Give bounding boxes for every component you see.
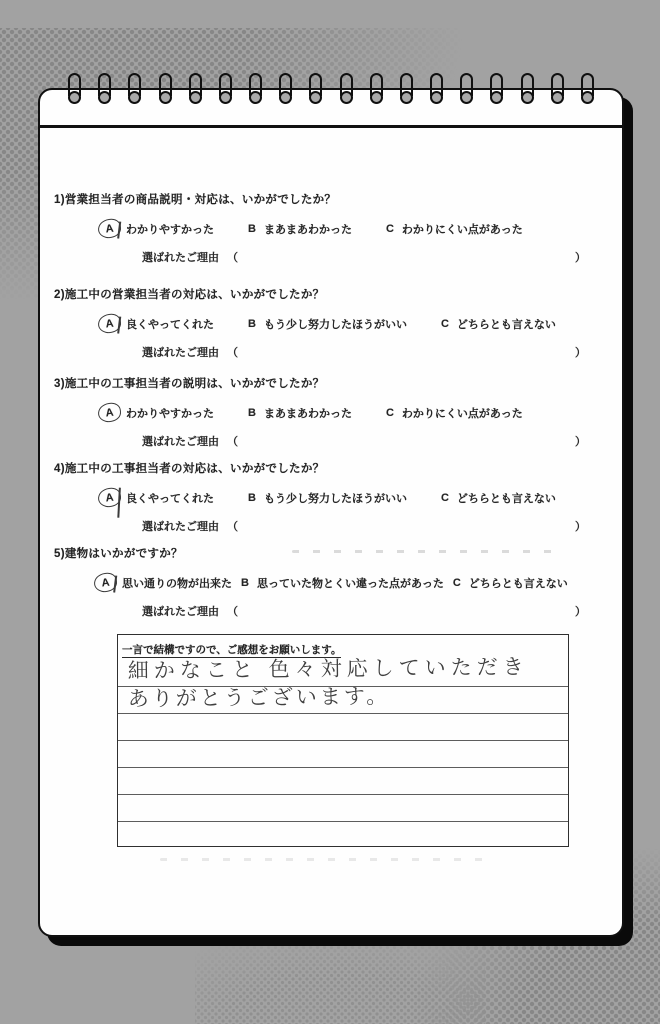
question-title: 4)施工中の工事担当者の対応は、いかがでしたか？ [54, 460, 610, 476]
option-text: 良くやってくれた [126, 490, 214, 506]
binding-ring [189, 73, 202, 121]
circled-answer-mark: A [97, 218, 122, 240]
ring-hole [128, 91, 141, 104]
question-options: A思い通りの物が出来た B思っていた物とくい違った点があった Cどちらとも言えな… [94, 573, 610, 592]
scanned-survey-page: { "notepad": { "binding_ring_count": 18 … [0, 0, 660, 1024]
option-text: どちらとも言えない [457, 490, 556, 506]
option-b: Bもう少し努力したほうがいい [248, 316, 407, 332]
notepad: 1)営業担当者の商品説明・対応は、いかがでしたか？ Aわかりやすかった Bまあま… [38, 88, 624, 937]
option-text: まあまあわかった [264, 405, 352, 421]
reason-label: 選ばれたご理由 [142, 518, 219, 534]
binding-ring [219, 73, 232, 121]
option-text: 思っていた物とくい違った点があった [257, 575, 444, 591]
reason-label: 選ばれたご理由 [142, 433, 219, 449]
option-letter: C [386, 407, 394, 419]
question-title: 2)施工中の営業担当者の対応は、いかがでしたか？ [54, 286, 610, 302]
comment-line-1: 細かなこと 色々対応していただき [118, 659, 568, 686]
question-text: 施工中の工事担当者の説明は、いかがでしたか？ [65, 378, 325, 390]
binding-ring [581, 73, 594, 121]
option-b: Bまあまあわかった [248, 405, 352, 421]
scan-smudge [292, 550, 564, 553]
question-2: 2)施工中の営業担当者の対応は、いかがでしたか？ A良くやってくれた Bもう少し… [54, 286, 610, 360]
comment-line-empty [118, 767, 568, 794]
option-b: Bまあまあわかった [248, 221, 352, 237]
bracket-close: ） [575, 433, 586, 449]
reason-line: 選ばれたご理由（） [142, 603, 586, 619]
reason-line: 選ばれたご理由（） [142, 518, 586, 534]
comment-prompt: 一言で結構ですので、ご感想をお願いします。 [122, 642, 341, 658]
question-number: 4) [54, 463, 65, 475]
comment-line-empty [118, 821, 568, 848]
ring-hole [370, 91, 383, 104]
ring-hole [68, 91, 81, 104]
question-options: Aわかりやすかった Bまあまあわかった Cわかりにくい点があった [98, 219, 610, 238]
bracket-close: ） [575, 603, 586, 619]
ring-hole [400, 91, 413, 104]
option-c: Cどちらとも言えない [441, 316, 556, 332]
halftone-pattern-bottom-center [195, 930, 485, 1024]
question-3: 3)施工中の工事担当者の説明は、いかがでしたか？ Aわかりやすかった Bまあまあ… [54, 375, 610, 449]
binding-ring [521, 73, 534, 121]
reason-label: 選ばれたご理由 [142, 603, 219, 619]
ring-hole [309, 91, 322, 104]
option-text: どちらとも言えない [457, 316, 556, 332]
bracket-open: （ [227, 249, 238, 265]
circled-answer-mark: A [93, 572, 118, 594]
question-title: 3)施工中の工事担当者の説明は、いかがでしたか？ [54, 375, 610, 391]
option-letter: B [248, 492, 256, 504]
binding-ring [128, 73, 141, 121]
comment-line-2: ありがとうございます。 [118, 686, 568, 713]
bracket-open: （ [227, 603, 238, 619]
question-number: 5) [54, 548, 65, 560]
handwritten-text: ありがとうございます。 [118, 682, 568, 713]
ring-hole [460, 91, 473, 104]
comment-box: 一言で結構ですので、ご感想をお願いします。 細かなこと 色々対応していただき あ… [117, 634, 569, 847]
option-text: わかりやすかった [126, 221, 214, 237]
question-number: 3) [54, 378, 65, 390]
question-title: 5)建物はいかがですか？ [54, 545, 610, 561]
option-letter: C [386, 223, 394, 235]
binding-ring [430, 73, 443, 121]
ring-hole [219, 91, 232, 104]
reason-label: 選ばれたご理由 [142, 344, 219, 360]
question-text: 施工中の営業担当者の対応は、いかがでしたか？ [65, 289, 325, 301]
circled-answer-mark: A [97, 313, 122, 335]
bracket-close: ） [575, 249, 586, 265]
ring-hole [159, 91, 172, 104]
option-text: わかりやすかった [126, 405, 214, 421]
reason-line: 選ばれたご理由（） [142, 433, 586, 449]
question-options: Aわかりやすかった Bまあまあわかった Cわかりにくい点があった [98, 403, 610, 422]
scan-smudge [160, 858, 490, 861]
option-letter: B [241, 577, 249, 589]
bracket-close: ） [575, 518, 586, 534]
bracket-open: （ [227, 344, 238, 360]
question-4: 4)施工中の工事担当者の対応は、いかがでしたか？ A良くやってくれた Bもう少し… [54, 460, 610, 534]
option-text: わかりにくい点があった [402, 405, 523, 421]
option-text: まあまあわかった [264, 221, 352, 237]
binding-ring [68, 73, 81, 121]
binding-ring [460, 73, 473, 121]
binding-ring [551, 73, 564, 121]
option-letter: B [248, 223, 256, 235]
reason-line: 選ばれたご理由（） [142, 344, 586, 360]
binding-ring [249, 73, 262, 121]
option-letter: B [248, 318, 256, 330]
option-b: B思っていた物とくい違った点があった [241, 575, 444, 591]
option-a-selected: A良くやってくれた [98, 488, 214, 507]
header-divider [40, 125, 622, 128]
binding-ring [159, 73, 172, 121]
ring-hole [279, 91, 292, 104]
reason-line: 選ばれたご理由（） [142, 249, 586, 265]
ring-hole [430, 91, 443, 104]
ring-hole [189, 91, 202, 104]
option-letter: C [453, 577, 461, 589]
question-number: 1) [54, 194, 65, 206]
bracket-open: （ [227, 518, 238, 534]
option-text: どちらとも言えない [469, 575, 568, 591]
ring-hole [340, 91, 353, 104]
option-letter: C [441, 492, 449, 504]
comment-line-empty [118, 713, 568, 740]
binding-ring [279, 73, 292, 121]
binding-ring [309, 73, 322, 121]
option-c: Cどちらとも言えない [441, 490, 556, 506]
option-a-selected: A思い通りの物が出来た [94, 573, 232, 592]
bracket-open: （ [227, 433, 238, 449]
question-number: 2) [54, 289, 65, 301]
option-c: Cわかりにくい点があった [386, 405, 523, 421]
option-a-selected: Aわかりやすかった [98, 403, 214, 422]
option-c: Cどちらとも言えない [453, 575, 568, 591]
question-1: 1)営業担当者の商品説明・対応は、いかがでしたか？ Aわかりやすかった Bまあま… [54, 191, 610, 265]
comment-line-empty [118, 794, 568, 821]
circled-answer-mark: A [97, 487, 122, 509]
option-a-selected: A良くやってくれた [98, 314, 214, 333]
ring-hole [249, 91, 262, 104]
binding-ring [98, 73, 111, 121]
comment-line-empty [118, 740, 568, 767]
option-letter: A [105, 406, 114, 419]
option-text: もう少し努力したほうがいい [264, 490, 407, 506]
option-letter: A [105, 491, 114, 504]
option-text: もう少し努力したほうがいい [264, 316, 407, 332]
circled-answer-mark: A [97, 402, 122, 424]
option-c: Cわかりにくい点があった [386, 221, 523, 237]
bracket-close: ） [575, 344, 586, 360]
handwritten-text: 細かなこと 色々対応していただき [118, 654, 568, 685]
reason-label: 選ばれたご理由 [142, 249, 219, 265]
question-text: 施工中の工事担当者の対応は、いかがでしたか？ [65, 463, 325, 475]
option-letter: A [105, 222, 114, 235]
option-letter: B [248, 407, 256, 419]
option-letter: A [105, 317, 114, 330]
question-options: A良くやってくれた Bもう少し努力したほうがいい Cどちらとも言えない [98, 488, 610, 507]
question-title: 1)営業担当者の商品説明・対応は、いかがでしたか？ [54, 191, 610, 207]
option-text: 良くやってくれた [126, 316, 214, 332]
option-text: わかりにくい点があった [402, 221, 523, 237]
option-letter: A [101, 576, 110, 589]
binding-ring [490, 73, 503, 121]
ring-hole [521, 91, 534, 104]
option-text: 思い通りの物が出来た [122, 575, 232, 591]
question-options: A良くやってくれた Bもう少し努力したほうがいい Cどちらとも言えない [98, 314, 610, 333]
question-5: 5)建物はいかがですか？ A思い通りの物が出来た B思っていた物とくい違った点が… [54, 545, 610, 619]
ring-hole [490, 91, 503, 104]
ring-hole [581, 91, 594, 104]
ring-hole [98, 91, 111, 104]
binding-ring [340, 73, 353, 121]
option-letter: C [441, 318, 449, 330]
question-text: 建物はいかがですか？ [65, 548, 183, 560]
binding-ring-strip [68, 73, 594, 121]
binding-ring [370, 73, 383, 121]
question-text: 営業担当者の商品説明・対応は、いかがでしたか？ [65, 194, 336, 206]
option-a-selected: Aわかりやすかった [98, 219, 214, 238]
ring-hole [551, 91, 564, 104]
binding-ring [400, 73, 413, 121]
option-b: Bもう少し努力したほうがいい [248, 490, 407, 506]
